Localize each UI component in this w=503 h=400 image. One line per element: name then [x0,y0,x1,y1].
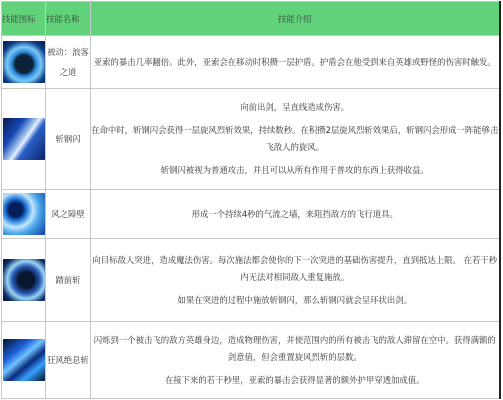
description-paragraph: 形成一个持续4秒的气流之墙，来阻挡敌方的飞行道具。 [91,206,499,223]
passive-wanderer-icon [3,41,45,83]
description-paragraph: 亚索的暴击几率翻倍。此外，亚索会在移动时积攒一层护盾。护盾会在他受到来自英雄或野… [91,54,499,71]
description-paragraph: 如果在突进的过程中施放斩钢闪，那么斩钢闪就会呈环状出剑。 [91,292,499,309]
steel-tempest-icon [3,118,45,160]
last-breath-icon [3,339,45,381]
skill-description: 向前出剑，呈直线造成伤害。 在命中时，斩钢闪会获得一层旋风烈斩效果，持续数秒。在… [91,89,500,190]
table-row: 狂风绝息斩 闪烁到一个被击飞的敌方英雄身边，造成物理伤害，并使范围内的所有被击飞… [2,322,500,399]
description-paragraph: 在接下来的若干秒里，亚索的暴击会获得显著的额外护甲穿透加成值。 [91,372,499,389]
wind-wall-icon [3,193,45,235]
header-name: 技能名称 [46,2,91,36]
skill-name: 风之障壁 [46,190,91,239]
skill-description: 闪烁到一个被击飞的敌方英雄身边，造成物理伤害，并使范围内的所有被击飞的敌人滞留在… [91,322,500,399]
sweeping-blade-icon [3,259,45,301]
skill-name: 斩钢闪 [46,89,91,190]
table-row: 风之障壁 形成一个持续4秒的气流之墙，来阻挡敌方的飞行道具。 [2,190,500,239]
description-paragraph: 向前出剑，呈直线造成伤害。 [91,99,499,116]
skill-description: 亚索的暴击几率翻倍。此外，亚索会在移动时积攒一层护盾。护盾会在他受到来自英雄或野… [91,36,500,89]
header-icon: 技能图标 [2,2,46,36]
description-paragraph: 在命中时，斩钢闪会获得一层旋风烈斩效果，持续数秒。在积攒2层旋风烈斩效果后，斩钢… [91,122,499,156]
table-row: 踏前斩 向目标敌人突进，造成魔法伤害。每次施法都会使你的下一次突进的基础伤害提升… [2,239,500,322]
skill-name: 被动：浪客之道 [46,36,91,89]
skills-table: 技能图标 技能名称 技能介绍 被动：浪客之道 亚索的暴击几率翻倍。此外，亚索会在… [1,1,501,399]
skill-description: 向目标敌人突进，造成魔法伤害。每次施法都会使你的下一次突进的基础伤害提升，直到抵… [91,239,500,322]
skill-name: 狂风绝息斩 [46,322,91,399]
table-row: 斩钢闪 向前出剑，呈直线造成伤害。 在命中时，斩钢闪会获得一层旋风烈斩效果，持续… [2,89,500,190]
skill-description: 形成一个持续4秒的气流之墙，来阻挡敌方的飞行道具。 [91,190,500,239]
description-paragraph: 向目标敌人突进，造成魔法伤害。每次施法都会使你的下一次突进的基础伤害提升，直到抵… [91,252,499,286]
header-description: 技能介绍 [91,2,500,36]
description-paragraph: 斩钢闪被视为普通攻击，并且可以从所有作用于普攻的东西上获得收益。 [91,162,499,179]
table-row: 被动：浪客之道 亚索的暴击几率翻倍。此外，亚索会在移动时积攒一层护盾。护盾会在他… [2,36,500,89]
header-row: 技能图标 技能名称 技能介绍 [2,2,500,36]
skill-name: 踏前斩 [46,239,91,322]
description-paragraph: 闪烁到一个被击飞的敌方英雄身边，造成物理伤害，并使范围内的所有被击飞的敌人滞留在… [91,332,499,366]
